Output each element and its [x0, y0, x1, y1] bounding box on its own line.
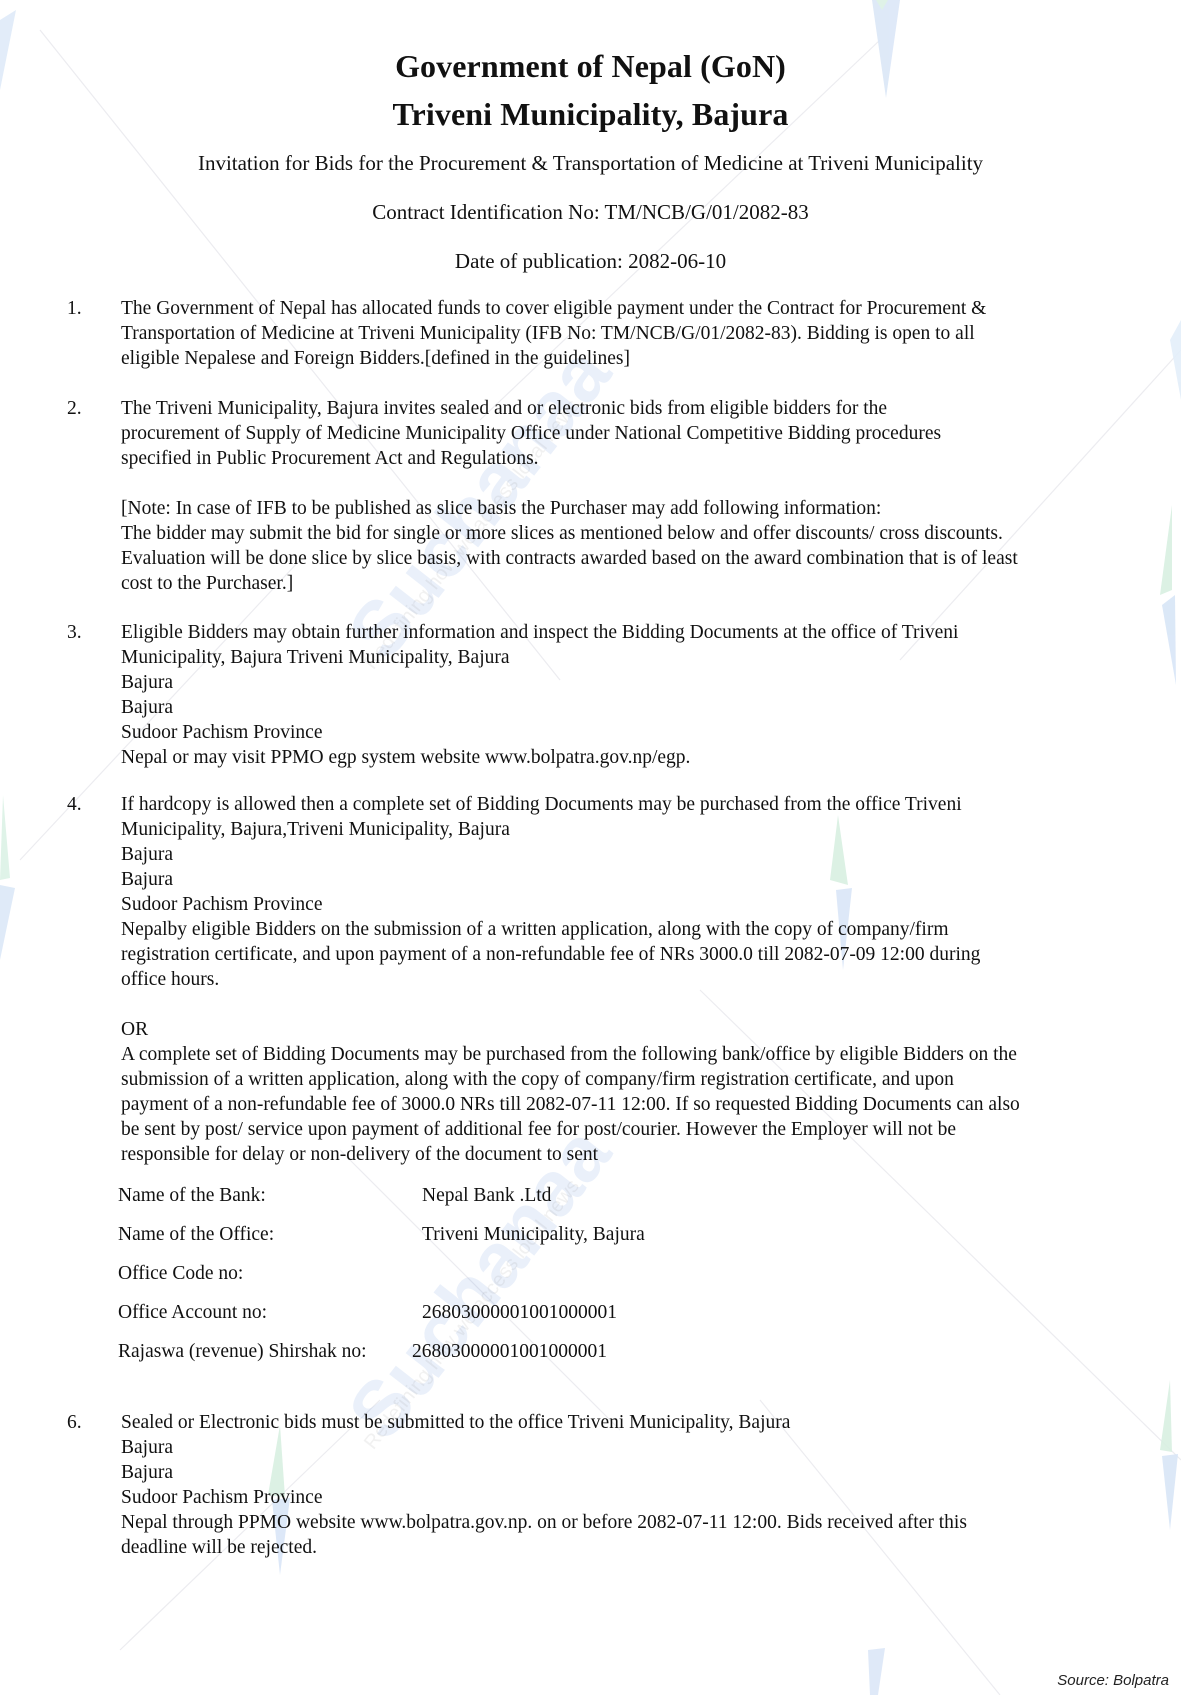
bank-label: Name of the Office: [118, 1222, 274, 1247]
item-body: Eligible Bidders may obtain further info… [121, 620, 1131, 770]
item-line: Transportation of Medicine at Triveni Mu… [121, 321, 1131, 346]
item-line: deadline will be rejected. [121, 1535, 1131, 1560]
item-line: Municipality, Bajura Triveni Municipalit… [121, 645, 1131, 670]
document-subtitle-municipality: Triveni Municipality, Bajura [0, 94, 1181, 134]
item-line: Bajura [121, 670, 1131, 695]
or-line: payment of a non-refundable fee of 3000.… [121, 1092, 1131, 1117]
bank-value: Triveni Municipality, Bajura [422, 1222, 645, 1247]
item-line: Sudoor Pachism Province [121, 892, 1131, 917]
item-line: office hours. [121, 967, 1131, 992]
bank-value: 26803000001001000001 [422, 1300, 617, 1325]
item-line: Bajura [121, 867, 1131, 892]
item-line: Sudoor Pachism Province [121, 1485, 1131, 1510]
item-body: Sealed or Electronic bids must be submit… [121, 1410, 1131, 1560]
item-line: eligible Nepalese and Foreign Bidders.[d… [121, 346, 1131, 371]
bank-value: Nepal Bank .Ltd [422, 1183, 551, 1208]
bank-label: Name of the Bank: [118, 1183, 266, 1208]
or-line: responsible for delay or non-delivery of… [121, 1142, 1131, 1167]
or-line: be sent by post/ service upon payment of… [121, 1117, 1131, 1142]
contract-identification: Contract Identification No: TM/NCB/G/01/… [0, 199, 1181, 225]
item-body: If hardcopy is allowed then a complete s… [121, 792, 1131, 1167]
or-line: A complete set of Bidding Documents may … [121, 1042, 1131, 1067]
document-title: Government of Nepal (GoN) [0, 46, 1181, 86]
item-line: The Government of Nepal has allocated fu… [121, 296, 1131, 321]
item-line: Sealed or Electronic bids must be submit… [121, 1410, 1131, 1435]
item-line: Bajura [121, 695, 1131, 720]
invitation-heading: Invitation for Bids for the Procurement … [0, 150, 1181, 176]
note-line: The bidder may submit the bid for single… [121, 521, 1131, 546]
note-line: [Note: In case of IFB to be published as… [121, 496, 1131, 521]
item-line: If hardcopy is allowed then a complete s… [121, 792, 1131, 817]
item-line: specified in Public Procurement Act and … [121, 446, 1131, 471]
item-line: Municipality, Bajura,Triveni Municipalit… [121, 817, 1131, 842]
item-number: 2. [67, 396, 82, 421]
item-line: procurement of Supply of Medicine Munici… [121, 421, 1131, 446]
item-line: Nepal or may visit PPMO egp system websi… [121, 745, 1131, 770]
publication-date: Date of publication: 2082-06-10 [0, 248, 1181, 274]
or-line: submission of a written application, alo… [121, 1067, 1131, 1092]
item-line: Bajura [121, 1435, 1131, 1460]
source-credit: Source: Bolpatra [1057, 1672, 1169, 1689]
item-line: Eligible Bidders may obtain further info… [121, 620, 1131, 645]
item-line: Bajura [121, 842, 1131, 867]
item-number: 3. [67, 620, 82, 645]
item-line: registration certificate, and upon payme… [121, 942, 1131, 967]
item-line: The Triveni Municipality, Bajura invites… [121, 396, 1131, 421]
item-number: 1. [67, 296, 82, 321]
note-line: Evaluation will be done slice by slice b… [121, 546, 1131, 571]
item-line: Nepalby eligible Bidders on the submissi… [121, 917, 1131, 942]
item-number: 4. [67, 792, 82, 817]
or-label: OR [121, 1017, 1131, 1042]
bank-label: Office Code no: [118, 1261, 243, 1286]
item-line: Bajura [121, 1460, 1131, 1485]
bank-value: 26803000001001000001 [412, 1339, 607, 1364]
bank-label: Rajaswa (revenue) Shirshak no: [118, 1339, 367, 1364]
item-body: The Government of Nepal has allocated fu… [121, 296, 1131, 371]
item-number: 6. [67, 1410, 82, 1435]
item-line: Nepal through PPMO website www.bolpatra.… [121, 1510, 1131, 1535]
bank-label: Office Account no: [118, 1300, 267, 1325]
item-line: Sudoor Pachism Province [121, 720, 1131, 745]
note-line: cost to the Purchaser.] [121, 571, 1131, 596]
item-body: The Triveni Municipality, Bajura invites… [121, 396, 1131, 596]
